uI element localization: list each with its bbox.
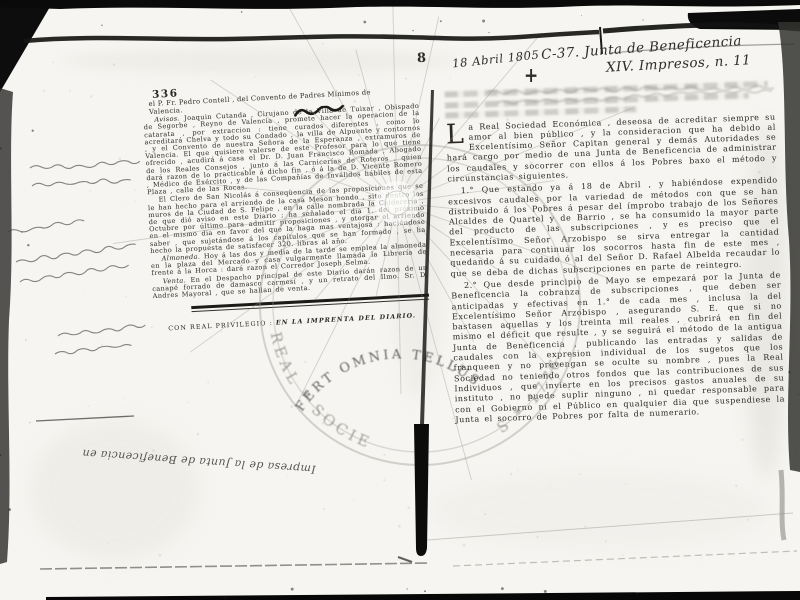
folio-number-note: 8 bbox=[417, 51, 427, 66]
cross-mark: + bbox=[524, 64, 538, 88]
thick-rule-divider bbox=[191, 294, 429, 312]
paragraph: Avisos. Joaquin Cutanda , Cirujano de la… bbox=[143, 103, 423, 197]
right-page-body: La Real Sociedad Económica , deseosa de … bbox=[446, 112, 786, 425]
paragraph-text: a Real Sociedad Económica , deseosa de a… bbox=[447, 112, 777, 183]
numbered-item: 1.° Que estando ya á 18 de Abril , y hab… bbox=[448, 176, 781, 280]
item-text: Que estando ya á 18 de Abril , y habiénd… bbox=[448, 176, 780, 278]
left-page: 336 el P. Fr. Pedro Contell , del Conven… bbox=[142, 75, 430, 333]
scanned-document-page: 336 el P. Fr. Pedro Contell , del Conven… bbox=[0, 0, 800, 600]
numbered-item: 2.° Que desde principio de Mayo se empez… bbox=[451, 270, 786, 425]
paragraph-text: Joaquin Cutanda , Cirujano de la Villa d… bbox=[144, 102, 423, 196]
item-number: 1.° bbox=[461, 186, 475, 195]
drop-cap: L bbox=[446, 122, 469, 144]
item-text: Que desde principio de Mayo se empezará … bbox=[451, 270, 785, 424]
left-page-body: Avisos. Joaquin Cutanda , Cirujano de la… bbox=[143, 103, 428, 300]
item-number: 2.° bbox=[464, 281, 478, 290]
right-page: La Real Sociedad Económica , deseosa de … bbox=[445, 81, 786, 426]
opening-paragraph: La Real Sociedad Económica , deseosa de … bbox=[446, 112, 778, 185]
